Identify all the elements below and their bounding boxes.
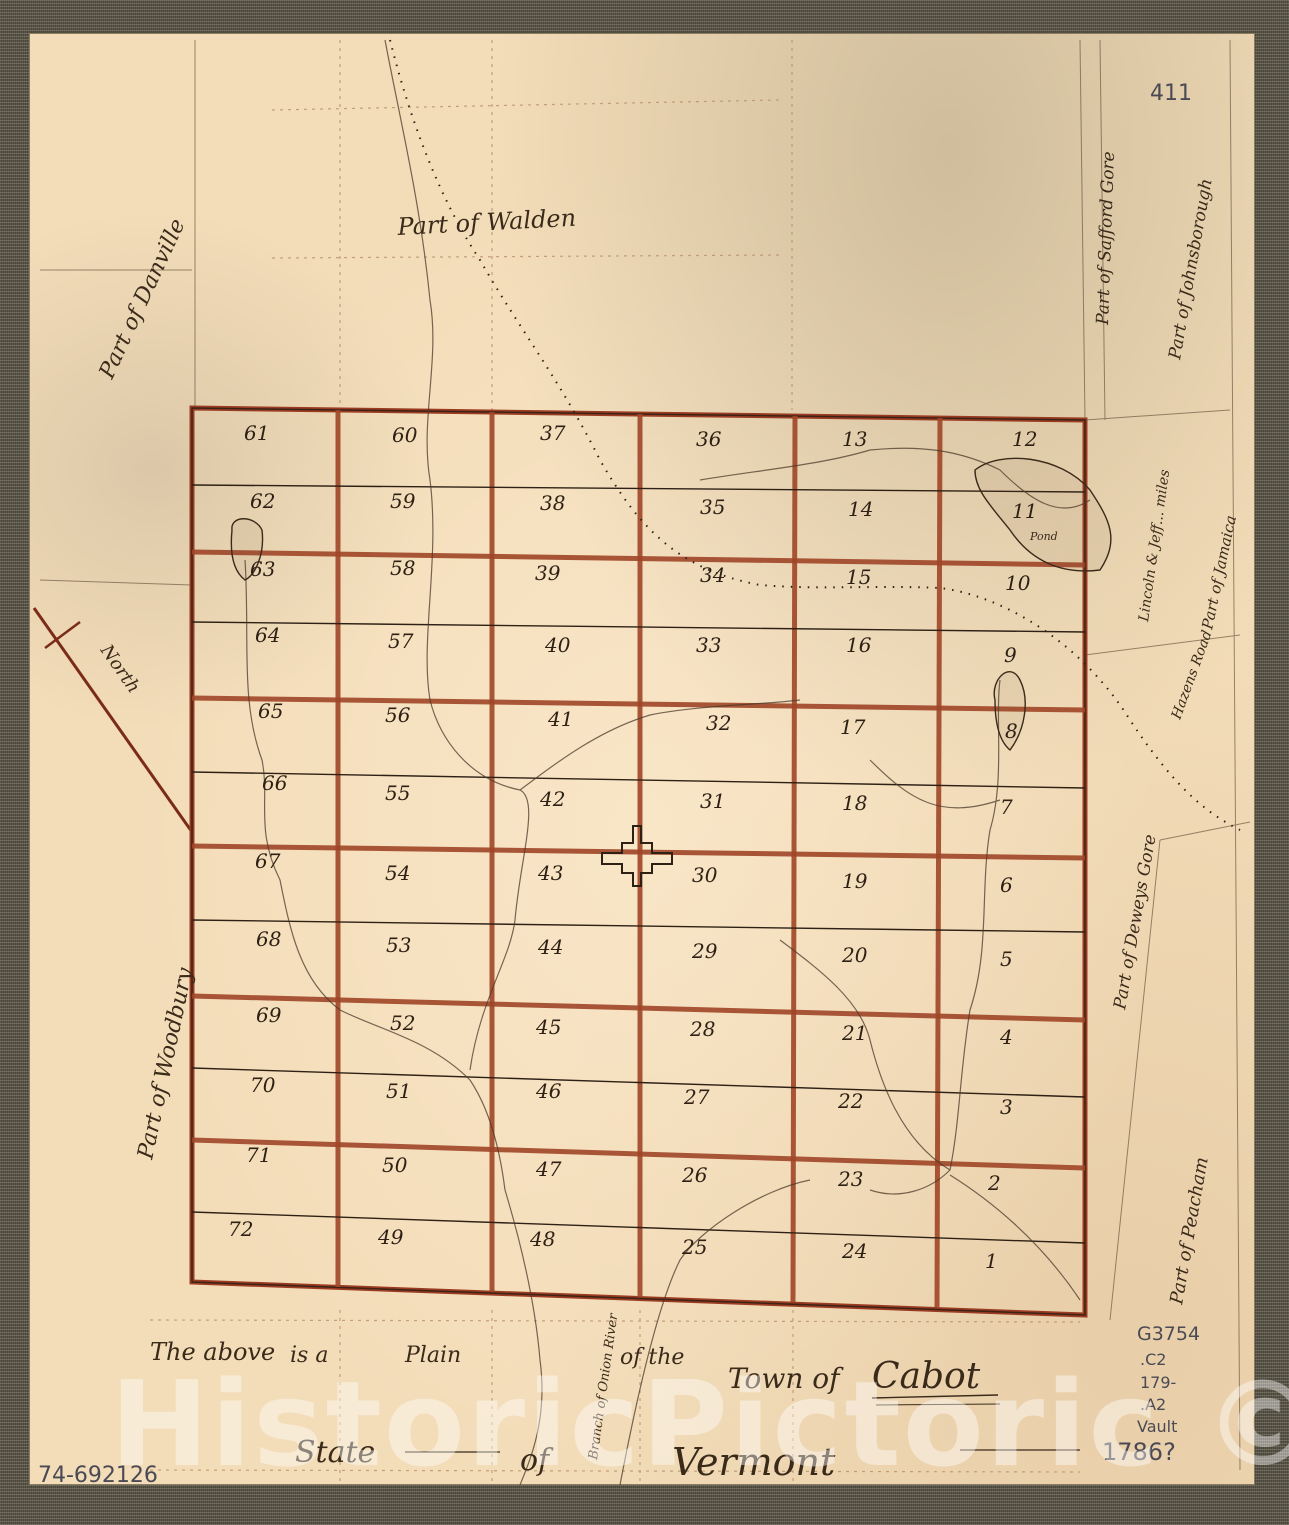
title-word: Plain — [404, 1343, 461, 1368]
label-danville: Part of Danville — [94, 215, 190, 383]
map-date: 1786? — [1102, 1438, 1176, 1466]
lot-number: 70 — [250, 1073, 276, 1097]
label-deweys-gore: Part of Deweys Gore — [1110, 833, 1161, 1012]
title-word: Town of — [728, 1362, 844, 1395]
lot-number: 16 — [846, 633, 872, 657]
lot-number: 27 — [683, 1085, 710, 1109]
lot-number: 45 — [535, 1015, 561, 1039]
lot-number: 59 — [390, 489, 416, 513]
lot-number: 28 — [689, 1017, 715, 1041]
rivers — [245, 40, 1090, 1485]
lot-number: 40 — [544, 633, 571, 657]
label-peacham: Part of Peacham — [1166, 1156, 1213, 1307]
svg-text:G3754: G3754 — [1137, 1323, 1200, 1345]
lot-number: 8 — [1005, 719, 1018, 743]
lot-number: 15 — [846, 565, 871, 589]
title-word: of — [520, 1443, 554, 1478]
lot-number: 32 — [706, 711, 731, 735]
lot-number: 29 — [691, 939, 718, 963]
pond-label: Pond — [1029, 530, 1058, 543]
lot-number: 13 — [842, 427, 867, 451]
lot-number: 60 — [392, 423, 418, 447]
lot-number: 71 — [246, 1143, 271, 1167]
lot-number: 50 — [382, 1153, 408, 1177]
lot-number: 24 — [841, 1239, 867, 1263]
lot-number: 46 — [535, 1079, 562, 1103]
lot-number: 42 — [539, 787, 565, 811]
lot-number: 17 — [840, 715, 866, 739]
title-word: Vermont — [672, 1440, 836, 1484]
lot-number: 25 — [681, 1235, 707, 1259]
lot-number: 14 — [848, 497, 873, 521]
title-word: The above — [150, 1338, 275, 1366]
lot-number: 48 — [529, 1227, 555, 1251]
lot-number: 43 — [537, 861, 563, 885]
label-lincoln: Lincoln & Jeff... miles — [1136, 469, 1173, 624]
page-number: 411 — [1150, 81, 1192, 106]
label-johnsborough: Part of Johnsborough — [1165, 177, 1217, 362]
lot-number: 19 — [842, 869, 868, 893]
svg-text:.C2: .C2 — [1140, 1350, 1166, 1369]
lot-number: 51 — [386, 1079, 411, 1103]
lot-number: 12 — [1012, 427, 1037, 451]
lot-number: 7 — [1000, 795, 1013, 819]
lot-number: 54 — [385, 861, 410, 885]
lot-number: 58 — [390, 556, 415, 580]
accession-number: 74-692126 — [38, 1463, 158, 1488]
lot-number: 65 — [258, 699, 283, 723]
lot-number: 9 — [1004, 643, 1017, 667]
lot-number: 2 — [987, 1171, 1001, 1195]
lot-number: 36 — [696, 427, 722, 451]
title-word: State — [295, 1435, 375, 1470]
lot-number: 66 — [262, 771, 288, 795]
lot-number: 22 — [837, 1089, 863, 1113]
town-name: Cabot — [872, 1356, 981, 1397]
label-hazens-road: Hazens Road — [1168, 628, 1215, 722]
lot-grid — [192, 408, 1085, 1315]
title-word: is a — [290, 1343, 328, 1368]
lot-number: 49 — [377, 1225, 404, 1249]
lot-number: 21 — [841, 1021, 867, 1045]
svg-text:.A2: .A2 — [1140, 1395, 1166, 1414]
lot-number: 57 — [388, 629, 414, 653]
label-branch-river: Branch of Onion River — [586, 1312, 622, 1462]
lot-number: 55 — [385, 781, 410, 805]
lot-number: 63 — [250, 557, 275, 581]
lot-number: 33 — [696, 633, 721, 657]
label-woodbury: Part of Woodbury — [133, 965, 198, 1162]
lot-number: 20 — [841, 943, 868, 967]
svg-text:179-: 179- — [1140, 1373, 1176, 1392]
lot-number: 39 — [535, 561, 561, 585]
call-number: G3754 .C2 179- .A2 Vault — [1137, 1323, 1200, 1436]
lot-number: 41 — [547, 707, 573, 731]
boundary-lines — [40, 40, 1250, 1470]
lot-number: 38 — [540, 491, 565, 515]
title-word: of the — [620, 1345, 684, 1370]
lot-number: 5 — [1000, 947, 1013, 971]
center-cross-icon — [602, 826, 672, 886]
lot-number: 52 — [390, 1011, 415, 1035]
lot-number: 35 — [700, 495, 725, 519]
lot-number: 69 — [256, 1003, 282, 1027]
label-safford-gore: Part of Safford Gore — [1093, 151, 1119, 326]
lot-number: 44 — [537, 935, 563, 959]
lot-number: 31 — [700, 789, 725, 813]
lot-number: 1 — [985, 1249, 998, 1273]
lot-number: 47 — [535, 1157, 562, 1181]
lot-number: 18 — [842, 791, 867, 815]
lot-number: 30 — [692, 863, 718, 887]
lot-number: 56 — [385, 703, 411, 727]
lot-number: 68 — [256, 927, 281, 951]
lot-number: 64 — [255, 623, 280, 647]
lot-number: 62 — [250, 489, 275, 513]
lot-number: 72 — [228, 1217, 253, 1241]
lot-number: 37 — [540, 421, 566, 445]
lot-number: 10 — [1005, 571, 1031, 595]
compass-label: North — [95, 640, 144, 697]
lot-number: 26 — [681, 1163, 708, 1187]
lot-number: 23 — [837, 1167, 863, 1191]
lot-number: 53 — [386, 933, 411, 957]
label-walden: Part of Walden — [396, 204, 577, 241]
svg-text:Vault: Vault — [1137, 1417, 1177, 1436]
lot-number: 61 — [244, 421, 269, 445]
lot-number: 4 — [999, 1025, 1013, 1049]
lot-number: 67 — [255, 849, 281, 873]
lot-number: 11 — [1012, 499, 1037, 523]
lot-number: 6 — [1000, 873, 1013, 897]
lot-number: 34 — [700, 563, 725, 587]
lot-number: 3 — [1000, 1095, 1013, 1119]
map-canvas: North — [0, 0, 1289, 1525]
